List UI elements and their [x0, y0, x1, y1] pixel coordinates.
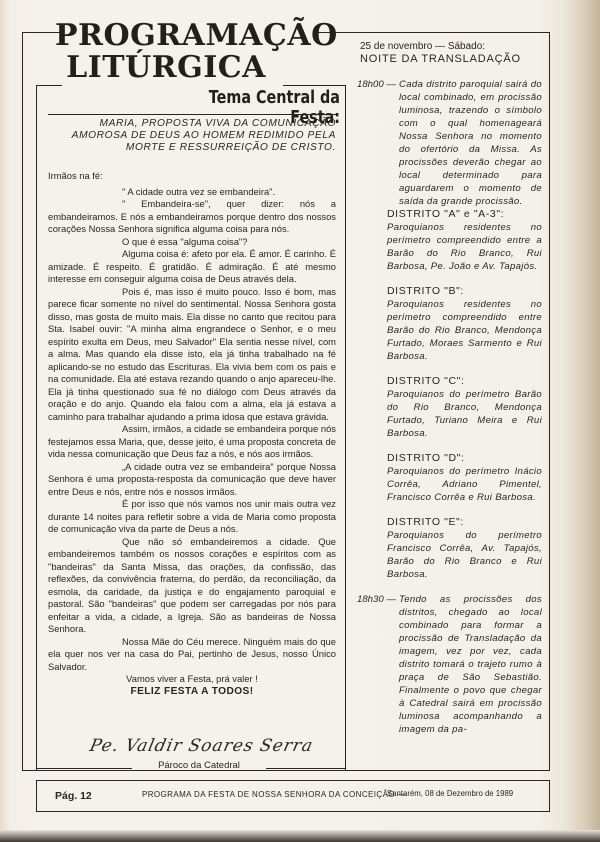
page-title: PROGRAMAÇÃO LITÚRGICA [55, 20, 325, 84]
schedule-text: Tendo as procissões dos distritos, chega… [399, 593, 542, 736]
district-c: DISTRITO "C": Paroquianos do perímetro B… [387, 375, 542, 440]
page-number: Pág. 12 [55, 790, 92, 802]
district-e: DISTRITO "E": Paroquianos do perímetro F… [387, 516, 542, 581]
district-text: Paroquianos residentes no perímetro comp… [387, 298, 542, 363]
footer-program: PROGRAMA DA FESTA DE NOSSA SENHORA DA CO… [142, 790, 406, 799]
schedule-column: 25 de novembro — Sábado: NOITE DA TRANSL… [357, 40, 542, 736]
schedule-time: 18h30 — [357, 593, 402, 736]
district-name: DISTRITO "C": [387, 375, 542, 388]
district-text: Paroquianos do perímetro Francisco Corrê… [387, 529, 542, 581]
closing-greeting: FELIZ FESTA A TODOS! [48, 686, 336, 699]
schedule-entry: 18h00 — Cada distrito paroquial sairá do… [357, 78, 542, 208]
schedule-title: NOITE DA TRANSLADAÇÃO [360, 53, 542, 66]
scan-shadow [0, 830, 600, 842]
paragraph: É por isso que nós vamos nos unir mais o… [48, 498, 336, 536]
paragraph: Nossa Mãe do Céu merece. Ninguém mais do… [48, 636, 336, 674]
paragraph: „A cidade outra vez se embandeira" porqu… [48, 461, 336, 499]
schedule-entry: 18h30 — Tendo as procissões dos distrito… [357, 593, 542, 736]
paragraph: " Embandeira-se", quer dizer: nós a emba… [48, 198, 336, 236]
district-d: DISTRITO "D": Paroquianos do perímetro I… [387, 452, 542, 504]
district-name: DISTRITO "B": [387, 285, 542, 298]
inner-frame-top-right [283, 85, 345, 86]
theme-text: MARIA, PROPOSTA VIVA DA COMUNICAÇÃO AMOR… [60, 118, 336, 155]
inner-frame-top-left [36, 85, 62, 86]
footer-place-date: Santarém, 08 de Dezembro de 1989 [387, 789, 513, 798]
letter-body: Irmãos na fé: " A cidade outra vez se em… [48, 170, 336, 698]
paragraph: O que é essa "alguma coisa"? [48, 236, 336, 249]
greeting: Irmãos na fé: [48, 170, 336, 183]
schedule-time: 18h00 — [357, 78, 402, 208]
paragraph: Que não só embandeiremos a cidade. Que e… [48, 536, 336, 636]
district-name: DISTRITO "A" e "A-3": [387, 208, 542, 221]
district-b: DISTRITO "B": Paroquianos residentes no … [387, 285, 542, 363]
signature-caption: Pároco da Catedral [132, 760, 266, 771]
schedule-text: Cada distrito paroquial sairá do local c… [399, 78, 542, 208]
paragraph: Assim, irmãos, a cidade se embandeira po… [48, 423, 336, 461]
paragraph: " A cidade outra vez se embandeira". [48, 186, 336, 199]
title-line-1: PROGRAMAÇÃO [55, 18, 338, 53]
district-text: Paroquianos residentes no perímetro comp… [387, 221, 542, 273]
closing-line: Vamos viver a Festa, prá valer ! [48, 673, 336, 686]
theme-divider [48, 114, 336, 115]
district-name: DISTRITO "E": [387, 516, 542, 529]
district-a: DISTRITO "A" e "A-3": Paroquianos reside… [387, 208, 542, 273]
signature: Pe. Valdir Soares Serra [88, 736, 315, 756]
signature-rule-right [266, 768, 345, 769]
district-text: Paroquianos do perímetro Inácio Corrêa, … [387, 465, 542, 504]
schedule-date: 25 de novembro — Sábado: [360, 40, 542, 53]
district-name: DISTRITO "D": [387, 452, 542, 465]
paragraph: Pois é, mas isso é muito pouco. Isso é b… [48, 286, 336, 424]
paragraph: Alguma coisa é: afeto por ela. É amor. É… [48, 248, 336, 286]
outer-frame-top-right [318, 32, 549, 33]
district-text: Paroquianos do perímetro Barão do Rio Br… [387, 388, 542, 440]
footer: Pág. 12 PROGRAMA DA FESTA DE NOSSA SENHO… [36, 780, 550, 812]
signature-rule-left [36, 768, 132, 769]
title-line-2: LITÚRGICA [7, 52, 325, 84]
